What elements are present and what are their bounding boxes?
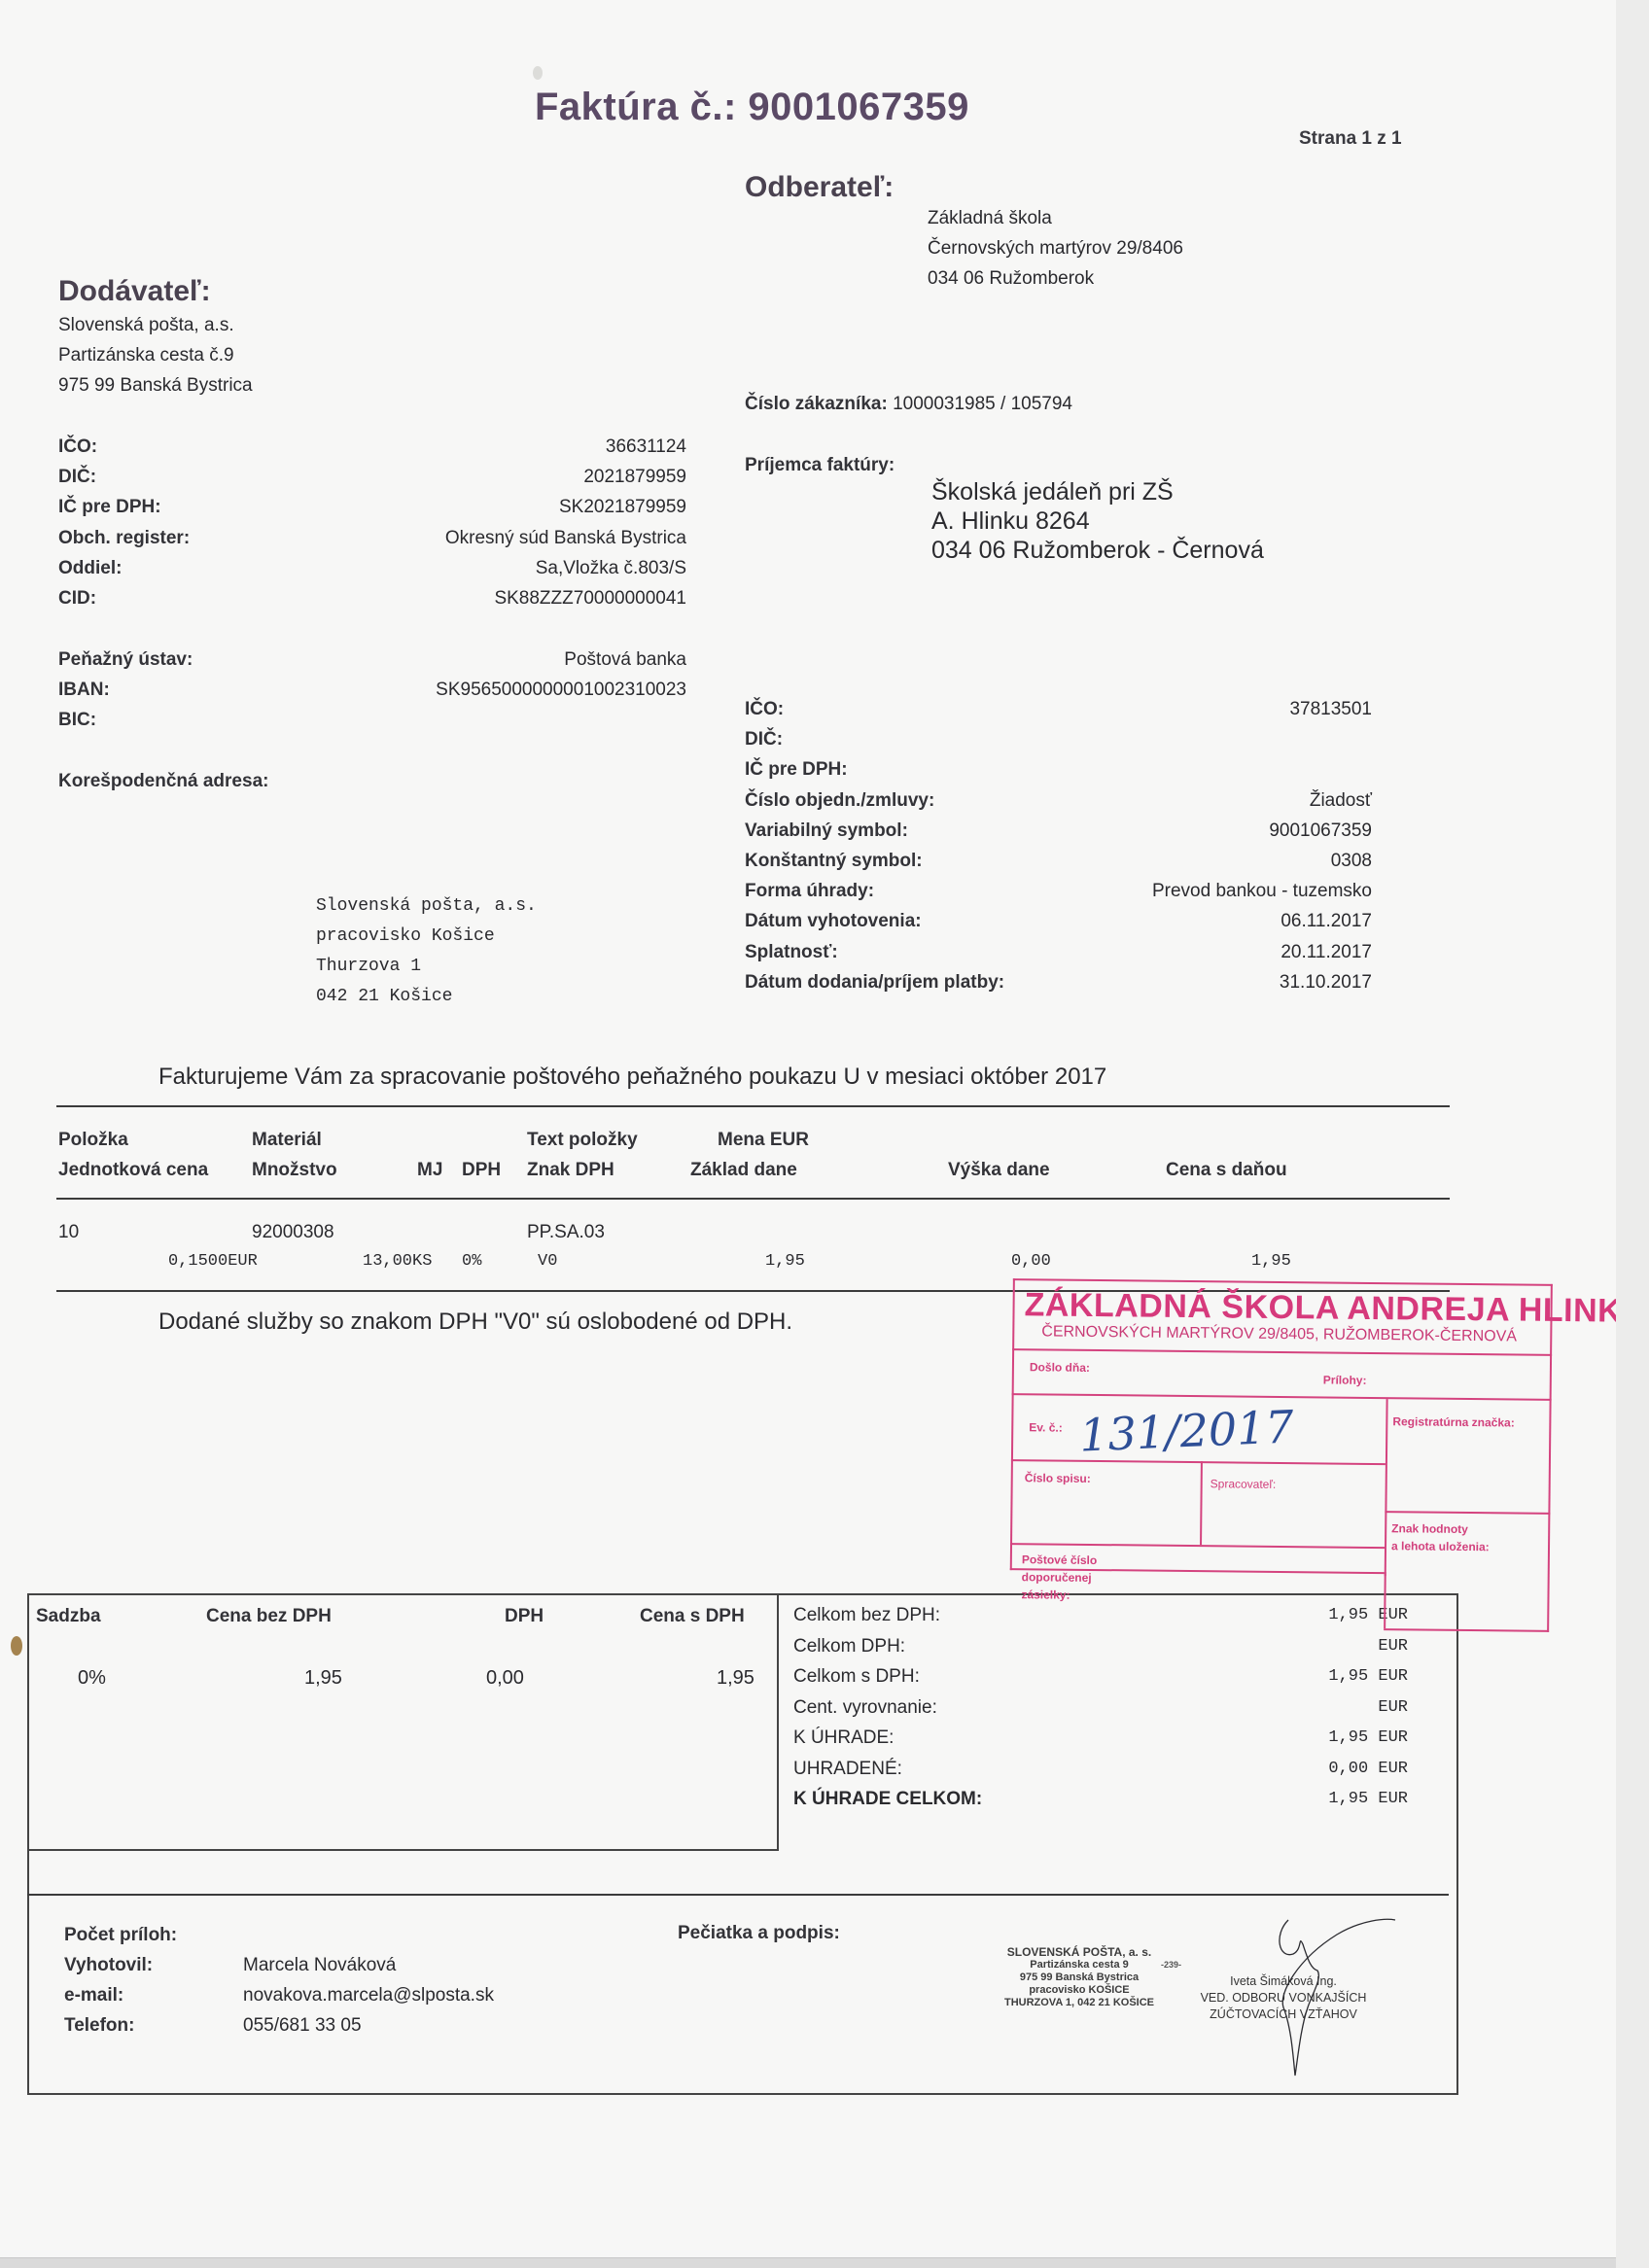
field-value: 9001067359	[1269, 820, 1372, 842]
issued-by-label: Vyhotovil:	[64, 1955, 153, 1976]
cell-vat-code: V0	[538, 1252, 557, 1271]
col-header-text: Text položky	[527, 1130, 638, 1151]
field-label: DIČ:	[745, 729, 783, 750]
supplier-address-line: Slovenská pošta, a.s.	[58, 315, 234, 336]
field-label: CID:	[58, 588, 96, 610]
cell-quantity: 13,00KS	[363, 1252, 432, 1271]
field-row: CID:SK88ZZZ70000000041	[58, 588, 686, 611]
customer-address-line: 034 06 Ružomberok	[928, 268, 1094, 290]
stamp-processor-label: Spracovateľ:	[1210, 1477, 1277, 1491]
stamp-received-label: Došlo dňa:	[1030, 1360, 1090, 1375]
field-value: SK2021879959	[559, 497, 686, 518]
stamp-signature-label: Pečiatka a podpis:	[678, 1923, 840, 1944]
field-row: IČ pre DPH:SK2021879959	[58, 497, 686, 520]
field-label: IBAN:	[58, 680, 110, 701]
total-label: Cent. vyrovnanie:	[793, 1697, 937, 1719]
vat-amount: 0,00	[486, 1667, 524, 1690]
field-value: 0308	[1331, 851, 1372, 872]
recipient-label: Príjemca faktúry:	[745, 455, 895, 476]
company-stamp-line: THURZOVA 1, 042 21 KOŠICE	[992, 1997, 1167, 2009]
col-header-tax: Výška dane	[948, 1160, 1050, 1181]
col-header-base: Základ dane	[690, 1160, 797, 1181]
field-value: Žiadosť	[1310, 790, 1372, 812]
field-label: IČO:	[58, 436, 97, 458]
field-label: Variabilný symbol:	[745, 820, 908, 842]
field-label: IČO:	[745, 699, 784, 720]
total-label: Celkom DPH:	[793, 1636, 905, 1657]
col-header-material: Materiál	[252, 1130, 322, 1151]
attachments-label: Počet príloh:	[64, 1925, 177, 1946]
field-row: Dátum dodania/príjem platby:31.10.2017	[745, 972, 1372, 995]
field-row: IČO:37813501	[745, 699, 1372, 722]
field-value: SK88ZZZ70000000041	[494, 588, 686, 610]
field-row: Peňažný ústav:Poštová banka	[58, 649, 686, 673]
col-header-mj: MJ	[417, 1160, 442, 1181]
field-label: Číslo objedn./zmluvy:	[745, 790, 934, 812]
total-label: K ÚHRADE CELKOM:	[793, 1789, 982, 1810]
total-value: EUR	[1378, 1637, 1408, 1656]
stamp-postal-no-label: doporučenej	[1022, 1570, 1092, 1585]
field-row: IČO:36631124	[58, 436, 686, 460]
receipt-stamp: ZÁKLADNÁ ŠKOLA ANDREJA HLINKU ČERNOVSKÝC…	[1009, 1278, 1553, 1632]
total-value: 1,95 EUR	[1328, 1790, 1408, 1808]
cell-polozka: 10	[58, 1222, 79, 1243]
table-header-rule	[56, 1198, 1450, 1200]
field-row: Dátum vyhotovenia:06.11.2017	[745, 911, 1372, 934]
paper-stain	[11, 1636, 22, 1656]
stamp-school-address: ČERNOVSKÝCH MARTÝROV 29/8405, RUŽOMBEROK…	[1041, 1323, 1517, 1345]
field-label: IČ pre DPH:	[58, 497, 161, 518]
field-row: Obch. register:Okresný súd Banská Bystri…	[58, 528, 686, 551]
stamp-reg-no-handwritten: 131/2017	[1078, 1400, 1294, 1461]
field-value: Prevod bankou - tuzemsko	[1152, 881, 1372, 902]
scan-edge-bottom	[0, 2257, 1616, 2268]
field-row: BIC:	[58, 710, 686, 733]
correspondence-line: pracovisko Košice	[316, 926, 495, 946]
field-value: 2021879959	[583, 467, 686, 488]
col-header-polozka: Položka	[58, 1130, 128, 1151]
company-stamp-line: SLOVENSKÁ POŠTA, a. s.	[992, 1946, 1167, 1959]
vat-header-gross: Cena s DPH	[640, 1606, 745, 1627]
total-label: UHRADENÉ:	[793, 1759, 902, 1780]
recipient-line: A. Hlinku 8264	[931, 507, 1090, 536]
correspondence-line: Thurzova 1	[316, 957, 421, 976]
cell-base: 1,95	[765, 1252, 805, 1271]
customer-heading: Odberateľ:	[745, 171, 894, 204]
col-header-quantity: Množstvo	[252, 1160, 337, 1181]
stamp-value-mark-label: a lehota uloženia:	[1391, 1539, 1490, 1553]
recipient-line: Školská jedáleň pri ZŠ	[931, 478, 1174, 506]
total-value: 1,95 EUR	[1328, 1728, 1408, 1747]
company-stamp-line: Partizánska cesta 9	[992, 1959, 1167, 1971]
customer-address-line: Základná škola	[928, 208, 1052, 229]
field-row: Forma úhrady:Prevod bankou - tuzemsko	[745, 881, 1372, 904]
email-label: e-mail:	[64, 1985, 123, 2006]
total-value: 0,00 EUR	[1328, 1760, 1408, 1778]
customer-number-value: 1000031985 / 105794	[893, 394, 1072, 414]
col-header-total: Cena s daňou	[1166, 1160, 1287, 1181]
cell-unit-price: 0,1500EUR	[168, 1252, 258, 1271]
cell-total: 1,95	[1251, 1252, 1291, 1271]
field-label: DIČ:	[58, 467, 96, 488]
email-link[interactable]: novakova.marcela@slposta.sk	[243, 1985, 494, 2006]
cell-dph: 0%	[462, 1252, 481, 1271]
field-value: Okresný súd Banská Bystrica	[445, 528, 686, 549]
field-row: Oddiel:Sa,Vložka č.803/S	[58, 558, 686, 581]
field-row: Konštantný symbol:0308	[745, 851, 1372, 874]
field-row: DIČ:	[745, 729, 1372, 752]
supplier-heading: Dodávateľ:	[58, 275, 211, 308]
field-label: Peňažný ústav:	[58, 649, 193, 671]
field-label: Oddiel:	[58, 558, 122, 579]
field-value: 20.11.2017	[1281, 942, 1372, 963]
cell-tax: 0,00	[1011, 1252, 1051, 1271]
field-row: IČ pre DPH:	[745, 759, 1372, 783]
total-label: Celkom bez DPH:	[793, 1605, 940, 1626]
total-value: 1,95 EUR	[1328, 1667, 1408, 1686]
col-header-unit-price: Jednotková cena	[58, 1160, 208, 1181]
stamp-file-no-label: Číslo spisu:	[1025, 1471, 1091, 1485]
col-header-currency: Mena EUR	[718, 1130, 809, 1151]
invoice-page: Faktúra č.: 9001067359 Strana 1 z 1 Odbe…	[0, 0, 1616, 2265]
correspondence-label: Korešpodenčná adresa:	[58, 771, 268, 792]
vat-summary-box	[27, 1593, 779, 1851]
field-label: Obch. register:	[58, 528, 190, 549]
stamp-reg-no-label: Ev. č.:	[1029, 1420, 1063, 1434]
company-stamp-line: 975 99 Banská Bystrica	[992, 1971, 1167, 1984]
field-value: 06.11.2017	[1281, 911, 1372, 932]
invoice-description: Fakturujeme Vám za spracovanie poštového…	[158, 1064, 1106, 1091]
field-row: Číslo objedn./zmluvy:Žiadosť	[745, 790, 1372, 814]
vat-net: 1,95	[304, 1667, 342, 1690]
field-value: 37813501	[1289, 699, 1372, 720]
correspondence-line: Slovenská pošta, a.s.	[316, 896, 537, 916]
col-header-vat-code: Znak DPH	[527, 1160, 614, 1181]
total-value: EUR	[1378, 1698, 1408, 1717]
vat-gross: 1,95	[717, 1667, 754, 1690]
phone-value: 055/681 33 05	[243, 2015, 362, 2037]
phone-label: Telefon:	[64, 2015, 134, 2037]
stamp-registry-mark-label: Registratúrna značka:	[1392, 1414, 1515, 1429]
page-indicator: Strana 1 z 1	[1299, 128, 1402, 150]
handwritten-signature-icon	[1254, 1901, 1410, 2095]
field-row: DIČ:2021879959	[58, 467, 686, 490]
cell-text: PP.SA.03	[527, 1222, 605, 1243]
vat-note: Dodané služby so znakom DPH "V0" sú oslo…	[158, 1308, 792, 1336]
scan-mark	[533, 66, 543, 80]
col-header-dph: DPH	[462, 1160, 501, 1181]
field-row: Variabilný symbol:9001067359	[745, 820, 1372, 844]
company-stamp-code: -239-	[1161, 1960, 1181, 1970]
invoice-title: Faktúra č.: 9001067359	[535, 86, 969, 129]
total-label: K ÚHRADE:	[793, 1727, 894, 1749]
field-value: 36631124	[606, 436, 686, 458]
field-label: Splatnosť:	[745, 942, 838, 963]
field-value: 31.10.2017	[1280, 972, 1372, 994]
stamp-postal-no-label: Poštové číslo	[1022, 1553, 1098, 1567]
customer-number-label: Číslo zákazníka:	[745, 394, 888, 414]
field-value: Sa,Vložka č.803/S	[536, 558, 686, 579]
vat-header-net: Cena bez DPH	[206, 1606, 332, 1627]
stamp-postal-no-label: zásielky:	[1021, 1588, 1070, 1602]
footer-separator	[27, 1894, 1449, 1896]
field-label: Forma úhrady:	[745, 881, 874, 902]
stamp-value-mark-label: Znak hodnoty	[1391, 1521, 1468, 1536]
stamp-attachments-label: Prílohy:	[1323, 1373, 1367, 1386]
vat-header-rate: Sadzba	[36, 1606, 101, 1627]
field-row: Splatnosť:20.11.2017	[745, 942, 1372, 965]
field-label: BIC:	[58, 710, 96, 731]
field-value: SK9565000000001002310023	[436, 680, 686, 701]
field-row: IBAN:SK9565000000001002310023	[58, 680, 686, 703]
field-label: Dátum dodania/príjem platby:	[745, 972, 1004, 994]
total-label: Celkom s DPH:	[793, 1666, 920, 1688]
field-label: Konštantný symbol:	[745, 851, 923, 872]
supplier-address-line: Partizánska cesta č.9	[58, 345, 234, 366]
recipient-line: 034 06 Ružomberok - Černová	[931, 537, 1264, 565]
company-stamp-line: pracovisko KOŠICE	[992, 1984, 1167, 1997]
field-label: Dátum vyhotovenia:	[745, 911, 922, 932]
customer-address-line: Černovských martýrov 29/8406	[928, 238, 1183, 260]
vat-header-vat: DPH	[505, 1606, 544, 1627]
table-top-rule	[56, 1105, 1450, 1107]
vat-rate: 0%	[78, 1667, 106, 1690]
customer-number: Číslo zákazníka: 1000031985 / 105794	[745, 394, 1072, 415]
scan-edge-right	[1616, 0, 1649, 2268]
correspondence-line: 042 21 Košice	[316, 987, 452, 1006]
company-stamp: SLOVENSKÁ POŠTA, a. s. Partizánska cesta…	[992, 1946, 1167, 2009]
field-value: Poštová banka	[564, 649, 686, 671]
cell-material: 92000308	[252, 1222, 334, 1243]
field-label: IČ pre DPH:	[745, 759, 848, 781]
issued-by: Marcela Nováková	[243, 1955, 396, 1976]
supplier-address-line: 975 99 Banská Bystrica	[58, 375, 253, 397]
